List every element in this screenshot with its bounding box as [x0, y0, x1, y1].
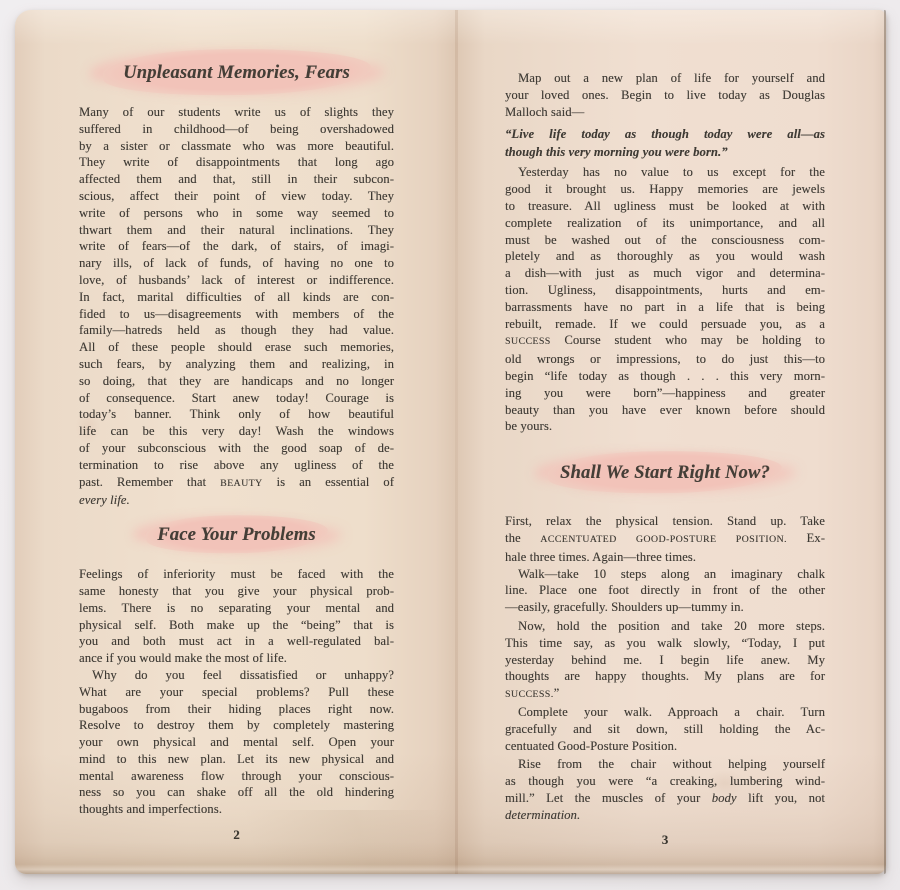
- text-line: hale three times. Again—three times.: [505, 549, 825, 566]
- text-line: family—hatreds held as though they had v…: [79, 322, 394, 339]
- booklet-spread: Unpleasant Memories, FearsMany of our st…: [15, 10, 886, 874]
- text-line: centuated Good-Posture Position.: [505, 738, 825, 755]
- text-line: Feelings of inferiority must be faced wi…: [79, 566, 394, 583]
- text-line: though this very morning you were born.”: [505, 143, 825, 161]
- text-line: thoughts are happy thoughts. My plans ar…: [505, 668, 825, 685]
- heading-text: Shall We Start Right Now?: [560, 463, 770, 483]
- text-line: Why do you feel dissatisfied or unhappy?: [79, 667, 394, 684]
- text-line: lems. There is no separating your mental…: [79, 600, 394, 617]
- text-line: rebuilt, remade. If we could persuade yo…: [505, 316, 825, 333]
- section-heading: Shall We Start Right Now?: [505, 460, 825, 486]
- text-line: to treasure. All ugliness must be looked…: [505, 198, 825, 215]
- text-line: mill.” Let the muscles of your body lift…: [505, 790, 825, 807]
- text-line: ing you were born”—happiness and greater: [505, 385, 825, 402]
- text-line: same honesty that you give your physical…: [79, 583, 394, 600]
- text-line: mental awareness flow through your consc…: [79, 768, 394, 785]
- text-line: gracefully and sit down, still holding t…: [505, 721, 825, 738]
- body-paragraph: Yesterday has no value to us except for …: [505, 164, 825, 435]
- text-line: thwart them and their natural inclinatio…: [79, 222, 394, 239]
- text-line: write of fears—of the dark, of stairs, o…: [79, 238, 394, 255]
- text-line: line. Place one foot directly in front o…: [505, 582, 825, 599]
- text-line: the ACCENTUATED GOOD-POSTURE POSITION. E…: [505, 530, 825, 549]
- text-line: write of persons who in some way seemed …: [79, 205, 394, 222]
- text-line: Complete your walk. Approach a chair. Tu…: [505, 704, 825, 721]
- text-line: begin “life today as though . . . this v…: [505, 368, 825, 385]
- text-line: of consequence. Start anew today! Courag…: [79, 390, 394, 407]
- text-line: Resolve to destroy them by completely ma…: [79, 717, 394, 734]
- text-line: suffered in childhood—of being overshado…: [79, 121, 394, 138]
- body-paragraph: Now, hold the position and take 20 more …: [505, 618, 825, 704]
- heading-text: Unpleasant Memories, Fears: [123, 63, 350, 83]
- text-line: scious, affect their point of view today…: [79, 188, 394, 205]
- text-line: barrassments have no part in a life that…: [505, 299, 825, 316]
- text-line: love, of husbands’ lack of interest or i…: [79, 272, 394, 289]
- page-2-text-column: Unpleasant Memories, FearsMany of our st…: [79, 54, 394, 818]
- text-line: yesterday behind me. I begin life anew. …: [505, 652, 825, 669]
- text-line: bugaboos from their hiding places right …: [79, 701, 394, 718]
- text-line: be yours.: [505, 418, 825, 435]
- text-line: All of these people should erase such me…: [79, 339, 394, 356]
- text-line: Now, hold the position and take 20 more …: [505, 618, 825, 635]
- text-line: your loved ones. Begin to live today as …: [505, 87, 825, 104]
- text-line: life can be this very day! Wash the wind…: [79, 423, 394, 440]
- center-fold-crease: [455, 10, 458, 874]
- text-line: your own physical and mental self. Open …: [79, 734, 394, 751]
- text-line: so doing, that they are handicaps and no…: [79, 373, 394, 390]
- body-paragraph: Many of our students write us of slights…: [79, 104, 394, 509]
- text-line: mind to this new plan. Let its new physi…: [79, 751, 394, 768]
- text-line: SUCCESS Course student who may be holdin…: [505, 332, 825, 351]
- text-line: complete realization of its unimportance…: [505, 215, 825, 232]
- text-line: Yesterday has no value to us except for …: [505, 164, 825, 181]
- body-paragraph: Complete your walk. Approach a chair. Tu…: [505, 704, 825, 754]
- text-line: Many of our students write us of slights…: [79, 104, 394, 121]
- body-paragraph: Feelings of inferiority must be faced wi…: [79, 566, 394, 667]
- text-line: tion. Ugliness, disappointments, hurts a…: [505, 282, 825, 299]
- text-line: affected them and that, still in their s…: [79, 171, 394, 188]
- body-paragraph: Why do you feel dissatisfied or unhappy?…: [79, 667, 394, 818]
- page-number-3: 3: [505, 832, 825, 848]
- text-line: First, relax the physical tension. Stand…: [505, 513, 825, 530]
- text-line: beauty than you have ever known before s…: [505, 402, 825, 419]
- text-line: by a sister or classmate who was more be…: [79, 138, 394, 155]
- text-line: Walk—take 10 steps along an imaginary ch…: [505, 566, 825, 583]
- body-paragraph: Rise from the chair without helping your…: [505, 756, 825, 823]
- text-line: you and both must act in a well-regulate…: [79, 633, 394, 650]
- text-line: In fact, marital difficulties of all kin…: [79, 289, 394, 306]
- text-line: determination.: [505, 807, 825, 824]
- text-line: SUCCESS.”: [505, 685, 825, 704]
- text-line: ness so you can shake off all the old hi…: [79, 784, 394, 801]
- text-line: every life.: [79, 492, 394, 509]
- text-line: They write of disappointments that long …: [79, 154, 394, 171]
- body-paragraph: Walk—take 10 steps along an imaginary ch…: [505, 566, 825, 616]
- text-line: pletely and as thoroughly as you would w…: [505, 248, 825, 265]
- text-line: What are your special problems? Pull the…: [79, 684, 394, 701]
- text-line: past. Remember that BEAUTY is an essenti…: [79, 474, 394, 493]
- text-line: “Live life today as though today were al…: [505, 125, 825, 143]
- text-line: This time say, as you walk slowly, “Toda…: [505, 635, 825, 652]
- text-line: a dish—with just as much vigor and deter…: [505, 265, 825, 282]
- section-heading: Face Your Problems: [79, 522, 394, 548]
- text-line: ance if you would make the most of life.: [79, 650, 394, 667]
- text-line: fided to us—disagreements with members o…: [79, 306, 394, 323]
- quotation-paragraph: “Live life today as though today were al…: [505, 125, 825, 161]
- text-line: Rise from the chair without helping your…: [505, 756, 825, 773]
- page-right-edge: [884, 10, 886, 874]
- heading-text: Face Your Problems: [157, 525, 315, 545]
- text-line: good it brought us. Happy memories are j…: [505, 181, 825, 198]
- text-line: as though you were “a creaking, lumberin…: [505, 773, 825, 790]
- text-line: thoughts and imperfections.: [79, 801, 394, 818]
- text-line: termination to rise above any ugliness o…: [79, 457, 394, 474]
- text-line: today’s banner. Think only of how beauti…: [79, 406, 394, 423]
- text-line: must be washed out of the consciousness …: [505, 232, 825, 249]
- text-line: Malloch said—: [505, 104, 825, 121]
- text-line: of your subconscious with the good soap …: [79, 440, 394, 457]
- body-paragraph: First, relax the physical tension. Stand…: [505, 513, 825, 565]
- text-line: such fears, by analyzing them and realiz…: [79, 356, 394, 373]
- scan-background: Unpleasant Memories, FearsMany of our st…: [0, 0, 900, 890]
- page-3-text-column: Map out a new plan of life for yourself …: [505, 54, 825, 823]
- section-heading: Unpleasant Memories, Fears: [79, 60, 394, 86]
- text-line: —easily, gracefully. Shoulders up—tummy …: [505, 599, 825, 616]
- text-line: Map out a new plan of life for yourself …: [505, 70, 825, 87]
- text-line: physical self. Both make up the “being” …: [79, 617, 394, 634]
- text-line: old wrongs or impressions, to do just th…: [505, 351, 825, 368]
- text-line: nary ills, of lack of funds, of having n…: [79, 255, 394, 272]
- page-number-2: 2: [79, 827, 394, 843]
- body-paragraph: Map out a new plan of life for yourself …: [505, 70, 825, 120]
